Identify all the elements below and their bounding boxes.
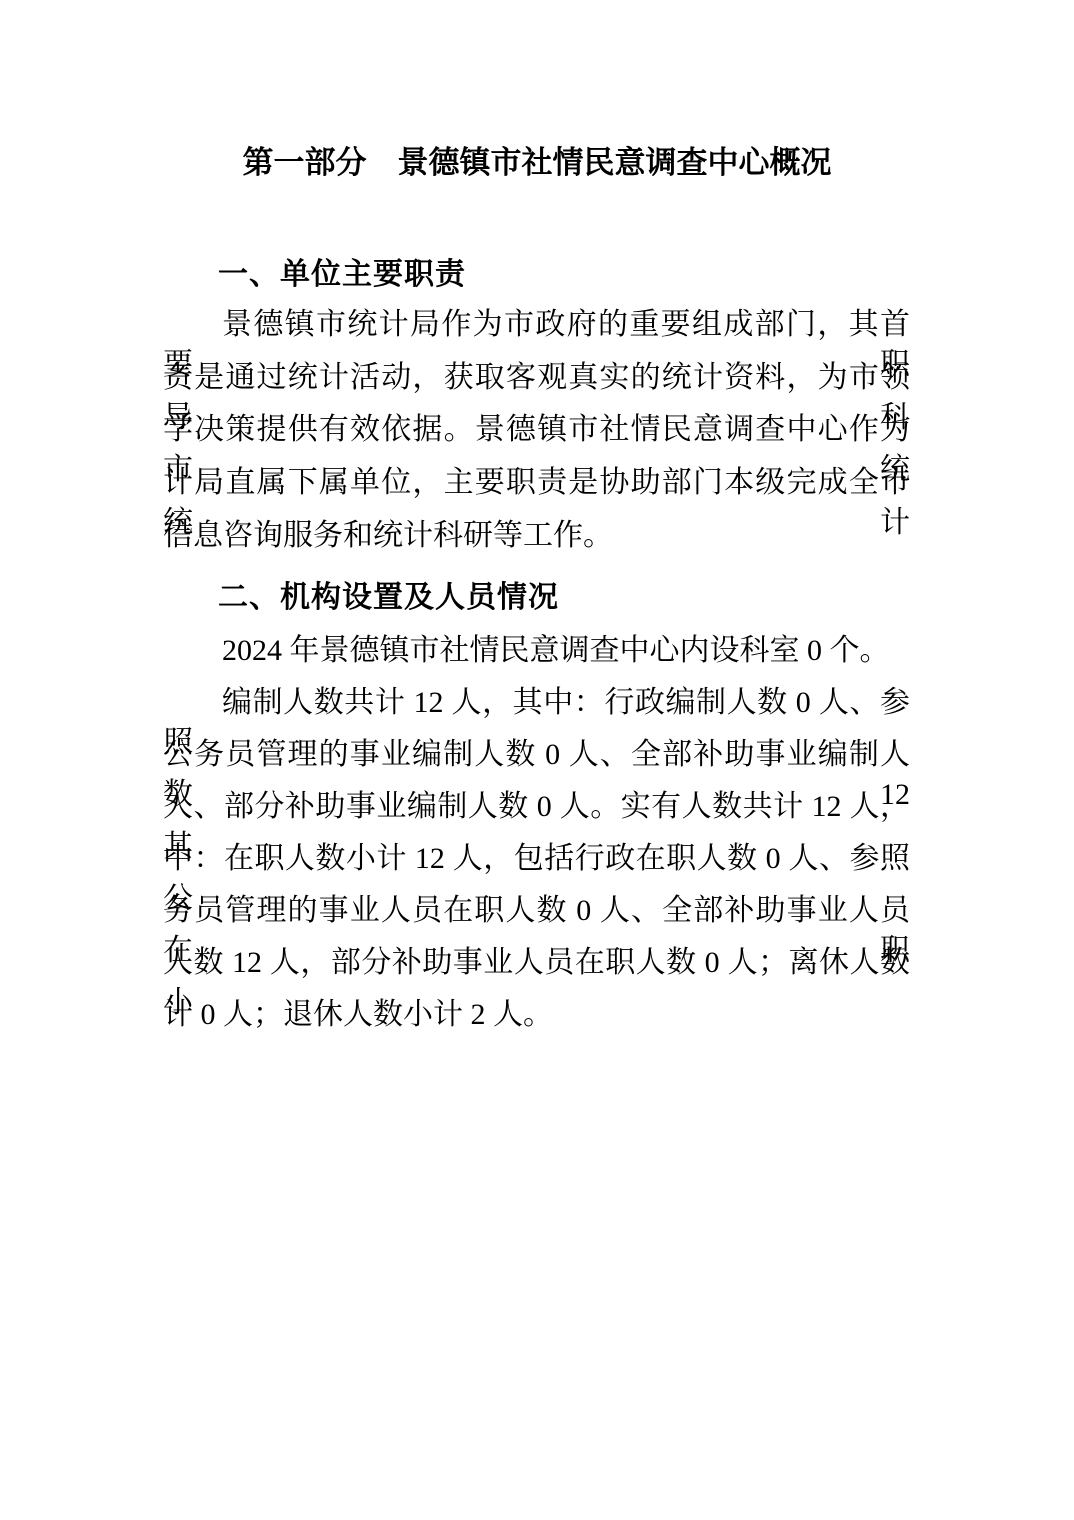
section-1-paragraph-line: 信息咨询服务和统计科研等工作。 bbox=[163, 516, 910, 556]
section-1-heading: 一、单位主要职责 bbox=[163, 255, 910, 295]
document-page: 第一部分 景德镇市社情民意调查中心概况 一、单位主要职责 景德镇市统计局作为市政… bbox=[0, 0, 1074, 1520]
section-2-departments-line: 2024 年景德镇市社情民意调查中心内设科室 0 个。 bbox=[163, 631, 910, 671]
section-2-staffing-line: 计 0 人；退休人数小计 2 人。 bbox=[163, 995, 910, 1035]
section-2-heading: 二、机构设置及人员情况 bbox=[163, 578, 910, 618]
document-title: 第一部分 景德镇市社情民意调查中心概况 bbox=[0, 141, 1074, 185]
